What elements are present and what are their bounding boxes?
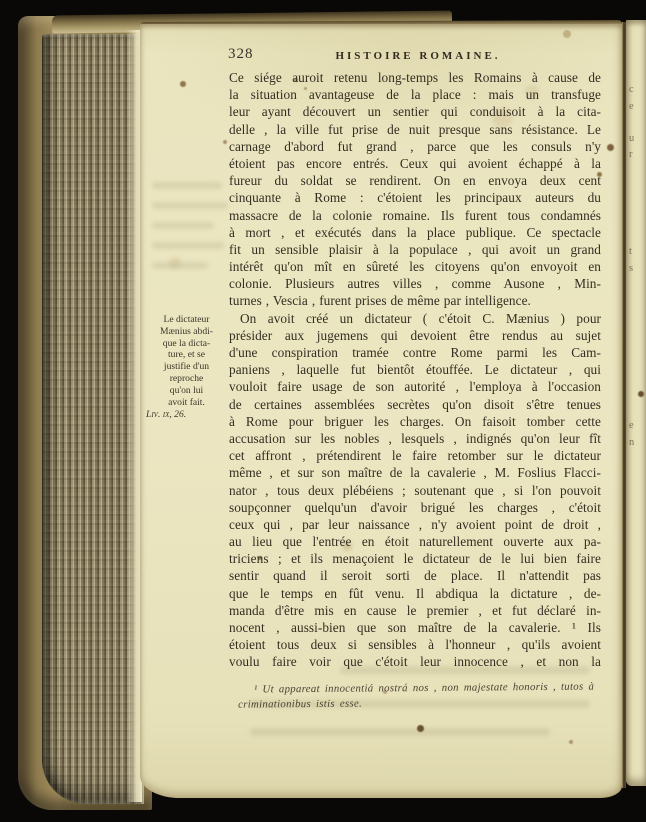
text-line: présider aux jugemens qui devoient être …	[229, 327, 601, 344]
cut-off-letter-fragment: e	[629, 420, 634, 431]
footnote: ¹ Ut appareat innocentiá nostrá nos , no…	[238, 679, 610, 711]
margin-note-line: qu'on lui	[143, 385, 230, 397]
margin-note-line: que la dicta-	[143, 338, 230, 350]
text-line: nocent , aussi-bien que son maître de la…	[229, 619, 601, 636]
text-line: turnes , Vescia , furent prises de même …	[229, 292, 601, 309]
text-line: massacre de la colonie romaine. Ils fure…	[229, 207, 601, 224]
bleedthrough-text-ghost	[152, 182, 222, 189]
bleedthrough-text-ghost	[152, 242, 224, 249]
text-line: leur ayant découvert un sentier qui cond…	[229, 103, 601, 120]
text-line: fureur du soldat se rendirent. On en env…	[229, 172, 601, 189]
text-line: à mort , et exécutés dans la place publi…	[229, 224, 601, 241]
text-line: colonie. Plusieurs autres villes , comme…	[229, 275, 601, 292]
text-line: soupçonner quelqu'un d'avoir brigué les …	[229, 499, 601, 516]
cut-off-letter-fragment: n	[629, 437, 634, 448]
text-line: nator , tous deux plébéiens ; soutenant …	[229, 482, 601, 499]
margin-note-line: ture, et se	[143, 349, 230, 361]
margin-note-lines: Le dictateurMænius abdi-que la dicta-tur…	[143, 314, 230, 408]
margin-note-line: Mænius abdi-	[143, 326, 230, 338]
paragraph-2: On avoit créé un dictateur ( c'étoit C. …	[229, 310, 601, 671]
cut-off-letter-fragment: r	[629, 149, 633, 160]
foxing-stain	[638, 391, 644, 397]
text-line: accusation sur les nobles , lesquels , i…	[229, 430, 601, 447]
cut-off-letter-fragment: c	[629, 84, 634, 95]
text-line: carnage d'abord fut grand , parce que le…	[229, 138, 601, 155]
text-line: delle , la ville fut prise de nuit presq…	[229, 121, 601, 138]
text-line: cinquante à Rome : c'étoient les princip…	[229, 189, 601, 206]
bleedthrough-text-ghost	[152, 222, 214, 229]
foxing-stain	[169, 257, 181, 269]
text-line: au lieu que l'entrée en étoit naturellem…	[229, 533, 601, 550]
text-line: la situation avantageuse de la place : m…	[229, 86, 601, 103]
text-line: à Rome pour briguer les charges. On fais…	[229, 413, 601, 430]
margin-note-reference: Liv. ix, 26.	[143, 409, 230, 421]
running-header: HISTOIRE ROMAINE.	[318, 50, 518, 62]
cut-off-letter-fragment: e	[629, 101, 634, 112]
text-line: voulu faire voir que c'étoit leur innoce…	[229, 653, 601, 670]
text-line: cet affront , prétendirent le faire reto…	[229, 447, 601, 464]
text-line: manda d'être mis en cause le premier , e…	[229, 602, 601, 619]
cut-off-letter-fragment: u	[629, 133, 634, 144]
cut-off-letter-fragment: t	[629, 246, 632, 257]
text-line: Ce siége auroit retenu long-temps les Ro…	[229, 69, 601, 86]
cut-off-letter-fragment: s	[629, 263, 633, 274]
margin-note-line: reproche	[143, 373, 230, 385]
margin-note-line: Le dictateur	[143, 314, 230, 326]
margin-note-line: avoit fait.	[143, 397, 230, 409]
foxing-stain	[569, 740, 573, 744]
margin-note-line: justifie d'un	[143, 361, 230, 373]
page-number: 328	[228, 46, 254, 63]
text-line: même , et sur son maître de la cavalerie…	[229, 464, 601, 481]
text-line: que le temps en fût venu. Il abdiqua la …	[229, 585, 601, 602]
book-scan-photo: ceurtsen 328 HISTOIRE ROMAINE. Le dictat…	[0, 0, 646, 822]
text-line: étoient pas encore entrés. Ceux qui avoi…	[229, 155, 601, 172]
bleedthrough-text-ghost	[152, 202, 228, 209]
paragraph-1: Ce siége auroit retenu long-temps les Ro…	[229, 69, 601, 310]
text-line: intérêt qu'on mît en sûreté les citoyens…	[229, 258, 601, 275]
text-line: étoient tous deux si sensibles à l'honne…	[229, 636, 601, 653]
margin-note: Le dictateurMænius abdi-que la dicta-tur…	[143, 314, 230, 421]
foxing-stain	[563, 30, 571, 38]
foxing-stain	[223, 140, 227, 144]
foxing-stain	[180, 81, 186, 87]
foxing-stain	[607, 144, 614, 151]
foxing-stain	[417, 725, 424, 732]
text-line: vouloit faire usage de son autorité , l'…	[229, 378, 601, 395]
text-line: d'une conspiration tramée contre Rome pa…	[229, 344, 601, 361]
text-line: de certaines assemblées secrètes qu'on d…	[229, 396, 601, 413]
text-line: On avoit créé un dictateur ( c'étoit C. …	[229, 310, 601, 327]
body-text: Ce siége auroit retenu long-temps les Ro…	[229, 69, 601, 671]
bleedthrough-text-ghost	[250, 728, 550, 736]
text-line: sentir quand il seroit sorti de place. I…	[229, 567, 601, 584]
text-line: triciens ; et ils menaçoient le dictateu…	[229, 550, 601, 567]
text-line: paniens , laquelle fut bientôt étouffée.…	[229, 361, 601, 378]
text-line: fit un sensible plaisir à la populace , …	[229, 241, 601, 258]
text-line: ceux qui , par leur naissance , n'y avoi…	[229, 516, 601, 533]
